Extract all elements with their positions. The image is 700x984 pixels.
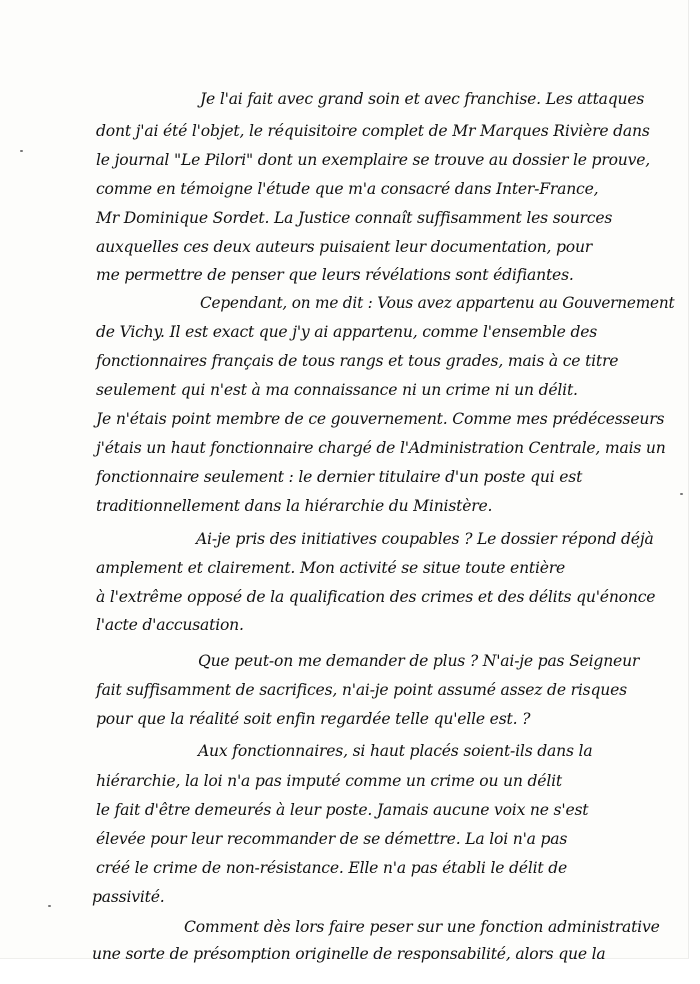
text-line: Aux fonctionnaires, si haut placés soien… [198, 738, 592, 764]
document-page: Je l'ai fait avec grand soin et avec fra… [0, 0, 689, 959]
text-line: dont j'ai été l'objet, le réquisitoire c… [96, 118, 650, 144]
text-line: créé le crime de non-résistance. Elle n'… [96, 855, 567, 881]
text-line: seulement qui n'est à ma connaissance ni… [96, 377, 578, 403]
text-line: Que peut-on me demander de plus ? N'ai-j… [198, 648, 639, 674]
text-line: amplement et clairement. Mon activité se… [96, 555, 565, 581]
text-line: le journal "Le Pilori" dont un exemplair… [96, 147, 650, 173]
text-line: Mr Dominique Sordet. La Justice connaît … [96, 205, 612, 231]
text-line: une sorte de présomption originelle de r… [92, 941, 606, 967]
text-line: auxquelles ces deux auteurs puisaient le… [96, 234, 592, 260]
text-line: me permettre de penser que leurs révélat… [96, 262, 574, 288]
text-line: de Vichy. Il est exact que j'y ai appart… [96, 319, 597, 345]
text-line: fonctionnaires français de tous rangs et… [96, 348, 618, 374]
text-line: j'étais un haut fonctionnaire chargé de … [96, 435, 666, 461]
margin-speck [680, 493, 683, 495]
margin-speck [48, 905, 51, 907]
text-line: Je l'ai fait avec grand soin et avec fra… [200, 86, 644, 112]
text-line: à l'extrême opposé de la qualification d… [96, 584, 655, 610]
text-line: fait suffisamment de sacrifices, n'ai-je… [96, 677, 627, 703]
text-line: traditionnellement dans la hiérarchie du… [96, 493, 492, 519]
margin-speck [300, 928, 303, 930]
text-line: Je n'étais point membre de ce gouverneme… [96, 406, 664, 432]
text-line: élevée pour leur recommander de se démet… [96, 826, 567, 852]
text-line: fonctionnaire seulement : le dernier tit… [96, 464, 582, 490]
text-line: Ai-je pris des initiatives coupables ? L… [196, 526, 654, 552]
margin-speck [20, 150, 23, 152]
text-line: hiérarchie, la loi n'a pas imputé comme … [96, 768, 562, 794]
text-line: Cependant, on me dit : Vous avez apparte… [200, 290, 674, 316]
text-line: le fait d'être demeurés à leur poste. Ja… [96, 797, 588, 823]
text-line: l'acte d'accusation. [96, 612, 244, 638]
text-line: pour que la réalité soit enfin regardée … [96, 706, 530, 732]
text-line: Comment dès lors faire peser sur une fon… [184, 914, 660, 940]
text-line: passivité. [92, 884, 165, 910]
text-line: comme en témoigne l'étude que m'a consac… [96, 176, 598, 202]
